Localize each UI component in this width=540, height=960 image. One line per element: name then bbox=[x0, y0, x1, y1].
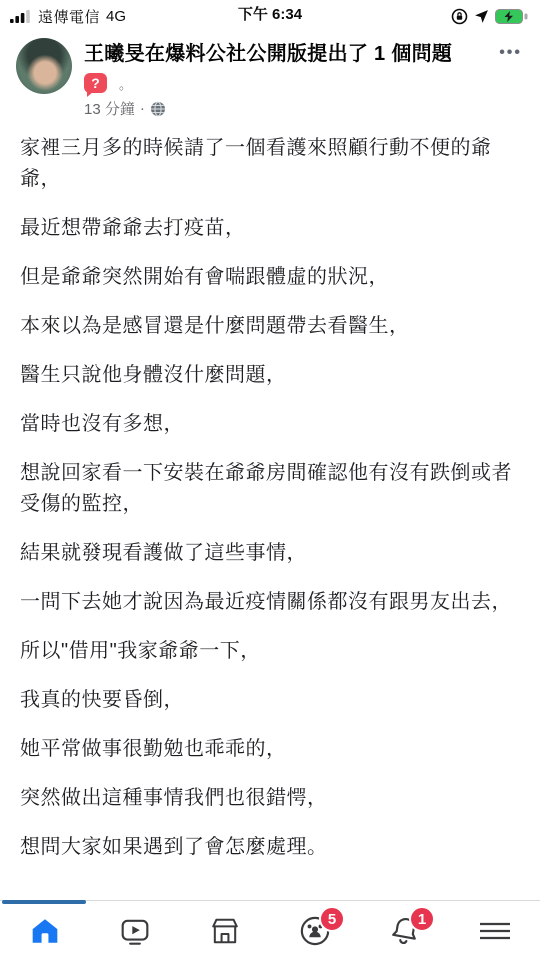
status-left: 遠傳電信 4G bbox=[10, 6, 126, 27]
notifications-badge: 1 bbox=[409, 906, 435, 932]
post-paragraph: 一問下去她才說因為最近疫情關係都沒有跟男友出去， bbox=[20, 587, 520, 618]
question-badge-suffix: 。 bbox=[119, 74, 132, 93]
post-paragraph: 想說回家看一下安裝在爺爺房間確認他有沒有跌倒或者受傷的監控， bbox=[20, 458, 520, 520]
groups-badge: 5 bbox=[319, 906, 345, 932]
tab-notifications[interactable]: 1 bbox=[360, 901, 450, 960]
post-paragraph: 所以"借用"我家爺爺一下， bbox=[20, 636, 520, 667]
post-paragraph: 當時也沒有多想， bbox=[20, 409, 520, 440]
more-options-button[interactable]: ••• bbox=[499, 44, 522, 62]
meta-separator: · bbox=[140, 100, 145, 117]
hamburger-menu-icon bbox=[478, 916, 512, 946]
question-badge-row: ? 。 bbox=[84, 72, 526, 94]
post-body: 家裡三月多的時候請了一個看護來照顧行動不便的爺爺， 最近想帶爺爺去打疫苗， 但是… bbox=[0, 123, 540, 863]
status-right bbox=[451, 8, 528, 25]
tab-menu[interactable] bbox=[450, 901, 540, 960]
post-paragraph: 突然做出這種事情我們也很錯愕， bbox=[20, 783, 520, 814]
rotation-lock-icon bbox=[451, 8, 468, 25]
watch-video-icon bbox=[120, 916, 150, 946]
question-badge-glyph: ? bbox=[91, 75, 100, 91]
post-header: 王曦旻在爆料公社公開版提出了 1 個問題 ? 。 13 分鐘 · ••• bbox=[0, 30, 540, 123]
status-bar: 遠傳電信 4G 下午 6:34 bbox=[0, 0, 540, 30]
tab-marketplace[interactable] bbox=[180, 901, 270, 960]
carrier-label: 遠傳電信 bbox=[38, 6, 100, 27]
marketplace-storefront-icon bbox=[210, 916, 240, 946]
post-meta: 13 分鐘 · bbox=[84, 98, 526, 119]
post-title[interactable]: 王曦旻在爆料公社公開版提出了 1 個問題 bbox=[84, 42, 526, 67]
question-badge-icon: ? bbox=[84, 73, 107, 93]
post-paragraph: 本來以為是感冒還是什麼問題帶去看醫生， bbox=[20, 311, 520, 342]
post-paragraph: 家裡三月多的時候請了一個看護來照顧行動不便的爺爺， bbox=[20, 133, 520, 195]
location-arrow-icon bbox=[474, 9, 489, 24]
signal-strength-icon bbox=[10, 10, 32, 23]
globe-public-icon bbox=[150, 101, 166, 117]
post-paragraph: 我真的快要昏倒， bbox=[20, 685, 520, 716]
post-paragraph: 想問大家如果遇到了會怎麼處理。 bbox=[20, 832, 520, 863]
bottom-nav: 5 1 bbox=[0, 900, 540, 960]
home-icon bbox=[30, 916, 60, 946]
network-label: 4G bbox=[106, 8, 126, 25]
post-time: 13 分鐘 bbox=[84, 98, 135, 119]
post-header-text: 王曦旻在爆料公社公開版提出了 1 個問題 ? 。 13 分鐘 · bbox=[84, 36, 526, 119]
tab-groups[interactable]: 5 bbox=[270, 901, 360, 960]
avatar[interactable] bbox=[16, 38, 72, 94]
tab-watch[interactable] bbox=[90, 901, 180, 960]
post-paragraph: 結果就發現看護做了這些事情， bbox=[20, 538, 520, 569]
post-paragraph: 但是爺爺突然開始有會喘跟體虛的狀況， bbox=[20, 262, 520, 293]
post-paragraph: 她平常做事很勤勉也乖乖的， bbox=[20, 734, 520, 765]
battery-charging-icon bbox=[495, 9, 528, 24]
post-paragraph: 最近想帶爺爺去打疫苗， bbox=[20, 213, 520, 244]
tab-home[interactable] bbox=[0, 901, 90, 960]
screen: 遠傳電信 4G 下午 6:34 王曦旻在爆料公社公開版提出了 1 個問題 bbox=[0, 0, 540, 960]
post-paragraph: 醫生只說他身體沒什麼問題， bbox=[20, 360, 520, 391]
